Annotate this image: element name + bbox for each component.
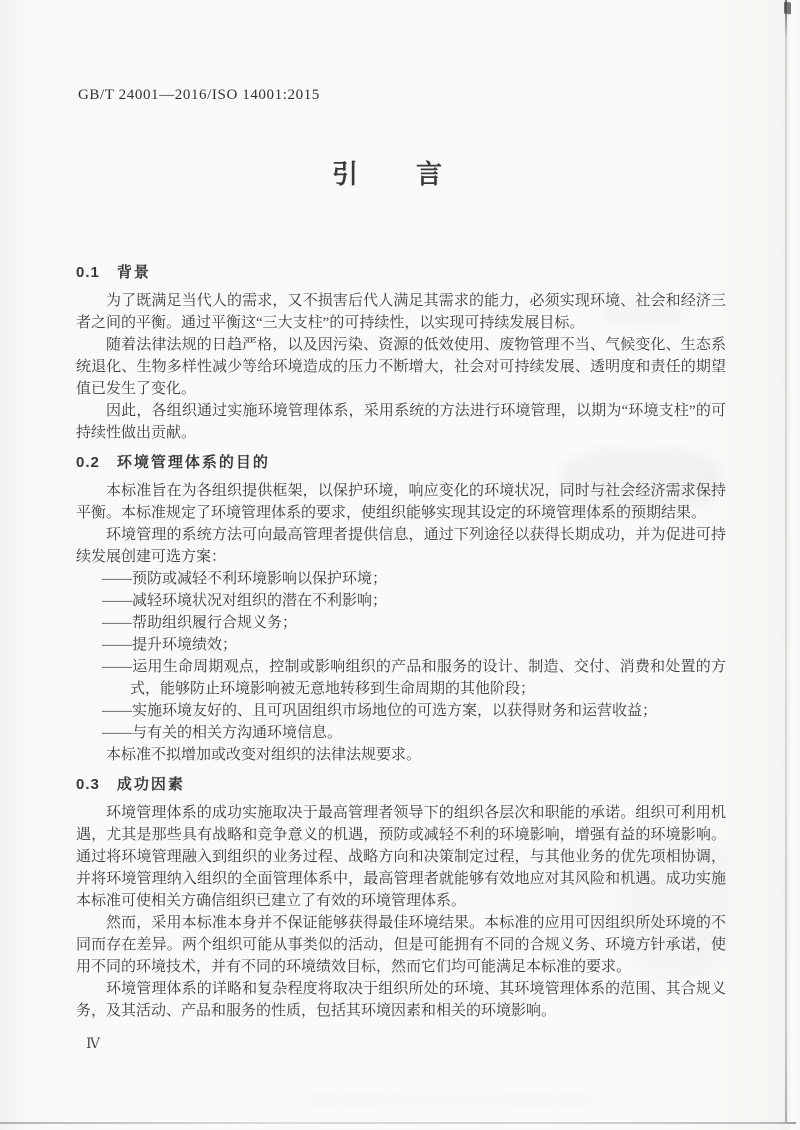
scan-page-edge-bottom bbox=[0, 1122, 796, 1124]
standard-number-header: GB/T 24001—2016/ISO 14001:2015 bbox=[78, 87, 320, 104]
paragraph: 环境管理的系统方法可向最高管理者提供信息，通过下列途径以获得长期成功，并为促进可… bbox=[76, 524, 726, 568]
section-number: 0.1 bbox=[76, 262, 100, 284]
dash-list-item: ——运用生命周期观点，控制或影响组织的产品和服务的设计、制造、交付、消费和处置的… bbox=[102, 656, 726, 700]
paragraph: 环境管理体系的成功实施取决于最高管理者领导下的组织各层次和职能的承诺。组织可利用… bbox=[76, 802, 726, 912]
section-title: 环境管理体系的目的 bbox=[117, 452, 270, 474]
dash-list-item: ——帮助组织履行合规义务； bbox=[102, 612, 726, 634]
paragraph: 本标准不拟增加或改变对组织的法律法规要求。 bbox=[76, 744, 726, 766]
page-title: 引 言 bbox=[0, 154, 776, 191]
section-number: 0.2 bbox=[76, 452, 100, 474]
document-body: 0.1背景 为了既满足当代人的需求，又不损害后代人满足其需求的能力，必须实现环境… bbox=[76, 262, 726, 1022]
dash-list-item: ——实施环境友好的、且可巩固组织市场地位的可选方案，以获得财务和运营收益； bbox=[102, 700, 726, 722]
paragraph: 因此，各组织通过实施环境管理体系，采用系统的方法进行环境管理，以期为“环境支柱”… bbox=[76, 400, 726, 444]
section-title: 成功因素 bbox=[117, 774, 185, 796]
dash-list-item: ——减轻环境状况对组织的潜在不利影响； bbox=[102, 590, 726, 612]
section-number: 0.3 bbox=[76, 774, 100, 796]
dash-list-item: ——与有关的相关方沟通环境信息。 bbox=[102, 722, 726, 744]
scanned-document-page: GB/T 24001—2016/ISO 14001:2015 引 言 0.1背景… bbox=[0, 0, 800, 1130]
paragraph: 本标准旨在为各组织提供框架，以保护环境，响应变化的环境状况，同时与社会经济需求保… bbox=[76, 480, 726, 524]
section-heading-0-3: 0.3成功因素 bbox=[76, 774, 726, 796]
paragraph: 环境管理体系的详略和复杂程度将取决于组织所处的环境、其环境管理体系的范围、其合规… bbox=[76, 978, 726, 1022]
page-number: Ⅳ bbox=[86, 1036, 101, 1053]
paragraph: 随着法律法规的日趋严格，以及因污染、资源的低效使用、废物管理不当、气候变化、生态… bbox=[76, 334, 726, 400]
scan-page-edge-right bbox=[785, 0, 787, 1122]
scan-corner-mark bbox=[784, 2, 791, 15]
section-heading-0-1: 0.1背景 bbox=[76, 262, 726, 284]
dash-list-item: ——提升环境绩效； bbox=[102, 634, 726, 656]
section-title: 背景 bbox=[117, 262, 151, 284]
section-heading-0-2: 0.2环境管理体系的目的 bbox=[76, 452, 726, 474]
dash-list-item: ——预防或减轻不利环境影响以保护环境； bbox=[102, 568, 726, 590]
paragraph: 为了既满足当代人的需求，又不损害后代人满足其需求的能力，必须实现环境、社会和经济… bbox=[76, 290, 726, 334]
paragraph: 然而，采用本标准本身并不保证能够获得最佳环境结果。本标准的应用可因组织所处环境的… bbox=[76, 912, 726, 978]
scan-bleedthrough-smudge bbox=[300, 1095, 600, 1105]
